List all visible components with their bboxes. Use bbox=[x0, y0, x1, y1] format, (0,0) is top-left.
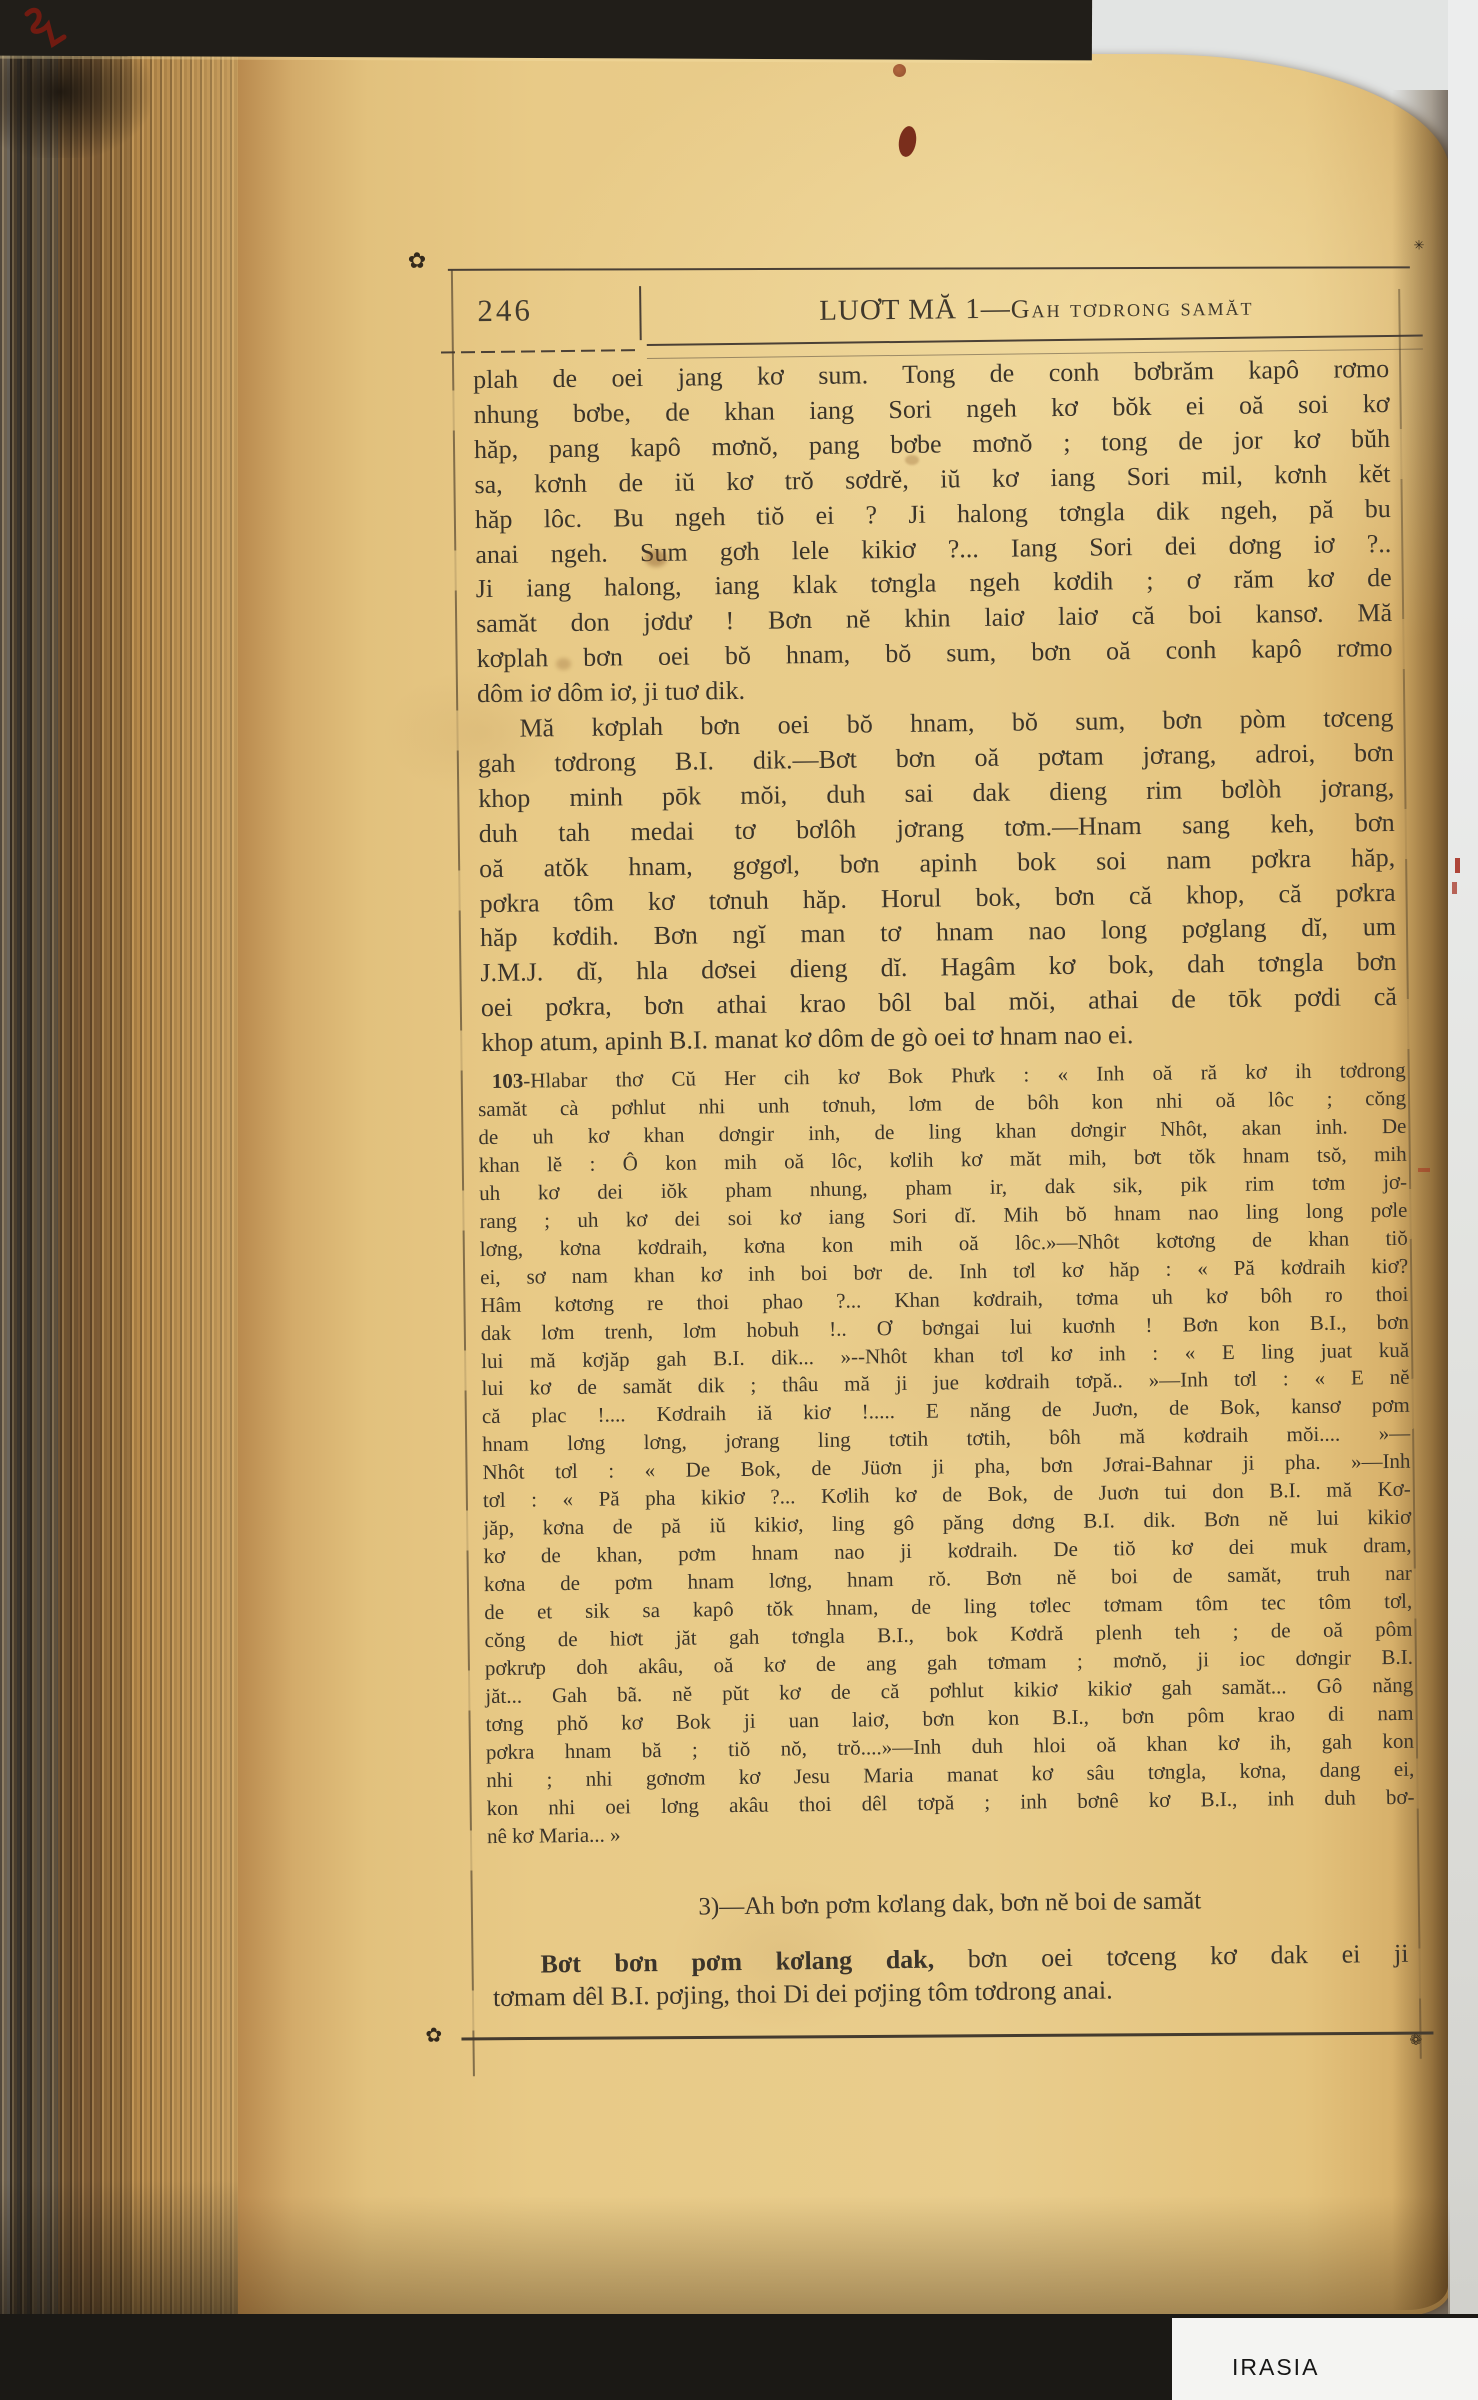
page-number-underline bbox=[441, 349, 641, 353]
watermark-label: IRASIA bbox=[1232, 2354, 1319, 2381]
running-title-separator: — bbox=[981, 293, 1011, 325]
page-number: 246 bbox=[477, 292, 533, 329]
footnote-paragraph: 103-Hlabar thơ Cŭ Her cih kơ Bok Phưk : … bbox=[478, 1057, 1415, 1851]
red-edge-mark bbox=[1418, 1168, 1430, 1172]
closing-paragraph: Bơt bơn pơm kơlang dak, bơn oei tơceng k… bbox=[492, 1937, 1409, 2014]
header-divider bbox=[639, 286, 642, 340]
running-title: LUƠT MĂ 1—Gah tơdrong samăt bbox=[650, 288, 1422, 330]
left-margin-rule bbox=[451, 270, 475, 2076]
top-rule bbox=[448, 266, 1410, 271]
printer-ornament-icon: ✿ bbox=[425, 2023, 442, 2047]
body-paragraph: Mă kơplah bơn oei bŏ hnam, bŏ sum, bơn p… bbox=[477, 701, 1397, 1061]
running-title-sub: Gah tơdrong samăt bbox=[1011, 292, 1254, 324]
printer-ornament-icon: ✿ bbox=[408, 249, 427, 274]
running-title-main: LUƠT MĂ 1 bbox=[819, 293, 981, 327]
title-underline bbox=[647, 335, 1423, 346]
red-edge-mark bbox=[1452, 882, 1457, 894]
printed-page-content: ✿ ✳ 246 LUƠT MĂ 1—Gah tơdrong samăt plah… bbox=[0, 0, 1478, 2400]
paper-stain bbox=[645, 550, 667, 567]
paper-stain bbox=[556, 658, 571, 670]
red-ink-spot bbox=[893, 64, 906, 77]
footer-watermark-box: IRASIA bbox=[1172, 2318, 1478, 2400]
red-ink-mark bbox=[22, 2, 68, 57]
red-edge-mark bbox=[1455, 858, 1460, 873]
paper-stain bbox=[905, 455, 919, 465]
printer-ornament-icon: ✳ bbox=[1414, 239, 1425, 254]
book-bottom-edge: IRASIA bbox=[0, 2314, 1478, 2400]
section-heading: 3)—Ah bơn pơm kơlang dak, bơn nĕ boi de … bbox=[492, 1885, 1408, 1924]
body-paragraph: plah de oei jang kơ sum. Tong de conh bơ… bbox=[473, 352, 1393, 712]
bottom-rule bbox=[461, 2032, 1433, 2041]
printer-ornament-icon: ❁ bbox=[1409, 2031, 1422, 2049]
